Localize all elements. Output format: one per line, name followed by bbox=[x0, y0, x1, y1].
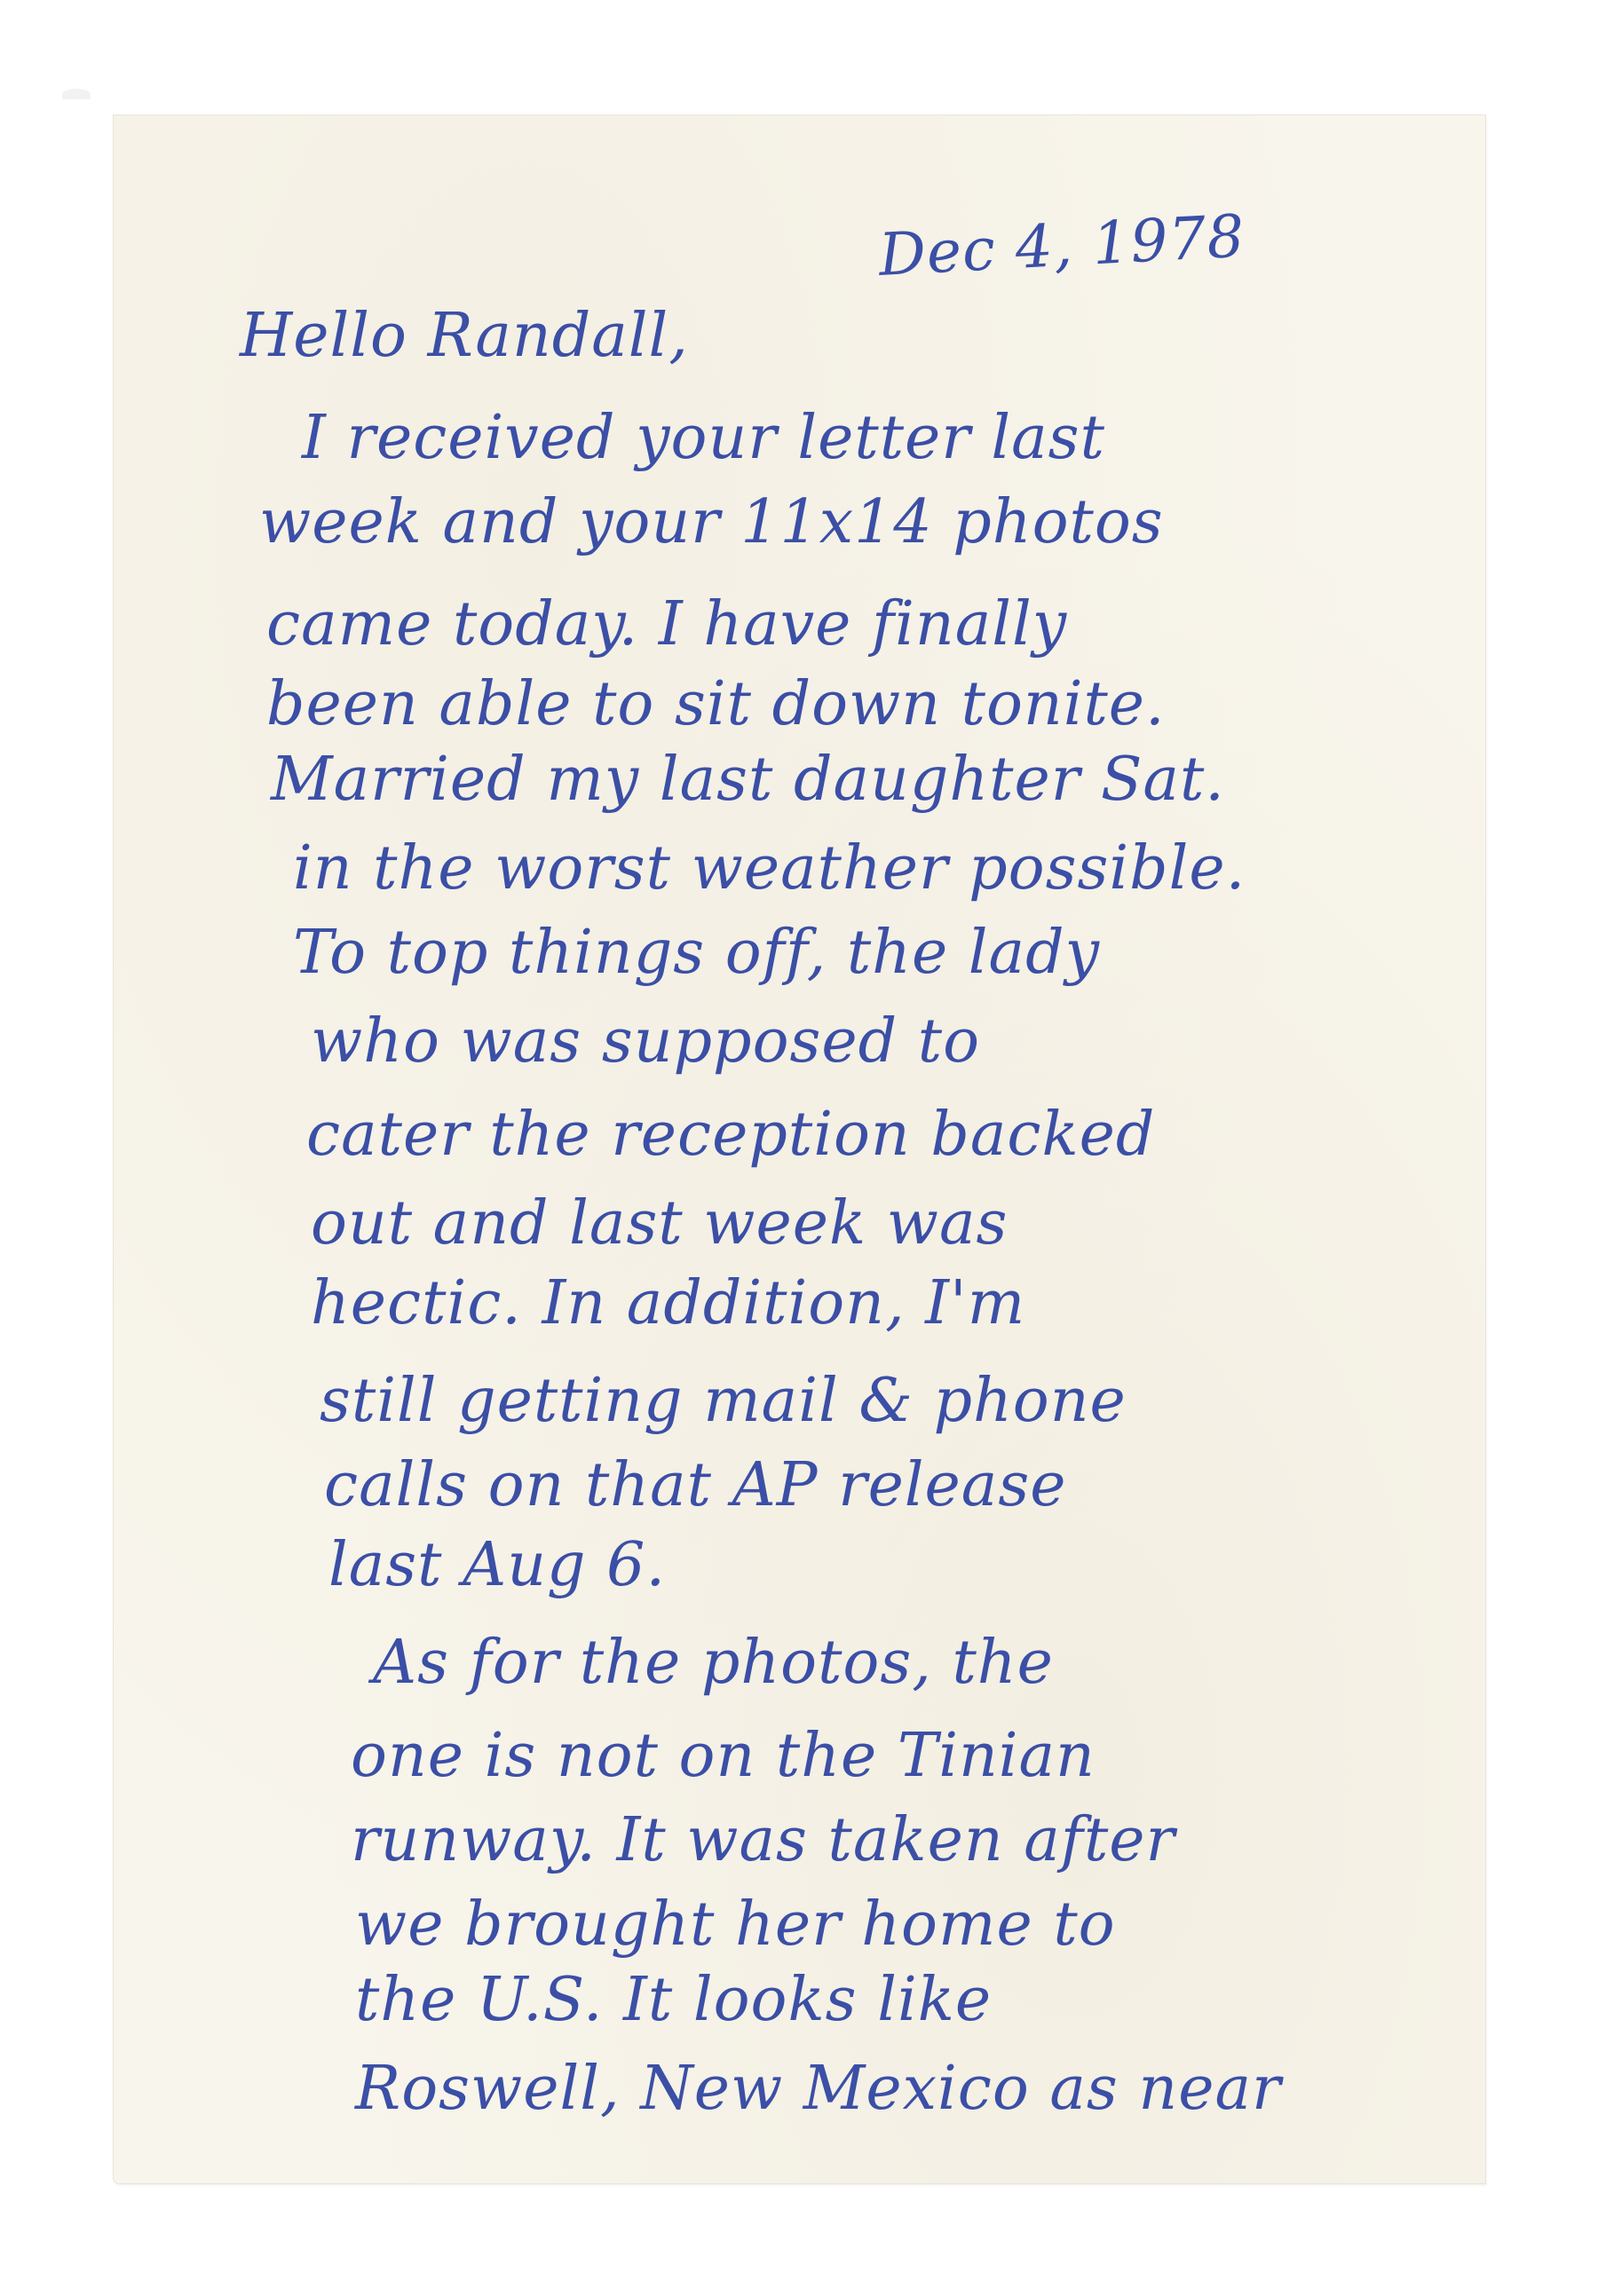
letter-line: Roswell, New Mexico as near bbox=[355, 2059, 1282, 2119]
letter-line: the U.S. It looks like bbox=[355, 1970, 992, 2031]
letter-line: I received your letter last bbox=[302, 408, 1105, 469]
letter-salutation: Hello Randall, bbox=[240, 306, 689, 367]
letter-line: To top things off, the lady bbox=[293, 923, 1100, 983]
paper-corner-shadow bbox=[62, 89, 91, 99]
letter-line: cater the reception backed bbox=[306, 1105, 1155, 1165]
letter-line: Married my last daughter Sat. bbox=[271, 750, 1225, 810]
letter-line: last Aug 6. bbox=[328, 1535, 666, 1596]
letter-line: out and last week was bbox=[311, 1194, 1008, 1254]
letter-line: we brought her home to bbox=[355, 1895, 1116, 1955]
letter-line: been able to sit down tonite. bbox=[266, 675, 1166, 735]
letter-line: runway. It was taken after bbox=[351, 1811, 1175, 1871]
letter-line: in the worst weather possible. bbox=[293, 839, 1246, 899]
letter-line: one is not on the Tinian bbox=[351, 1726, 1096, 1787]
letter-line: hectic. In addition, I'm bbox=[311, 1274, 1025, 1334]
letter-line: As for the photos, the bbox=[373, 1633, 1054, 1693]
letter-line: who was supposed to bbox=[311, 1012, 980, 1072]
letter-line: week and your 11x14 photos bbox=[259, 493, 1164, 553]
letter-line: calls on that AP release bbox=[324, 1456, 1066, 1516]
letter-line: came today. I have finally bbox=[266, 595, 1067, 655]
letter-line: still getting mail & phone bbox=[320, 1371, 1127, 1432]
